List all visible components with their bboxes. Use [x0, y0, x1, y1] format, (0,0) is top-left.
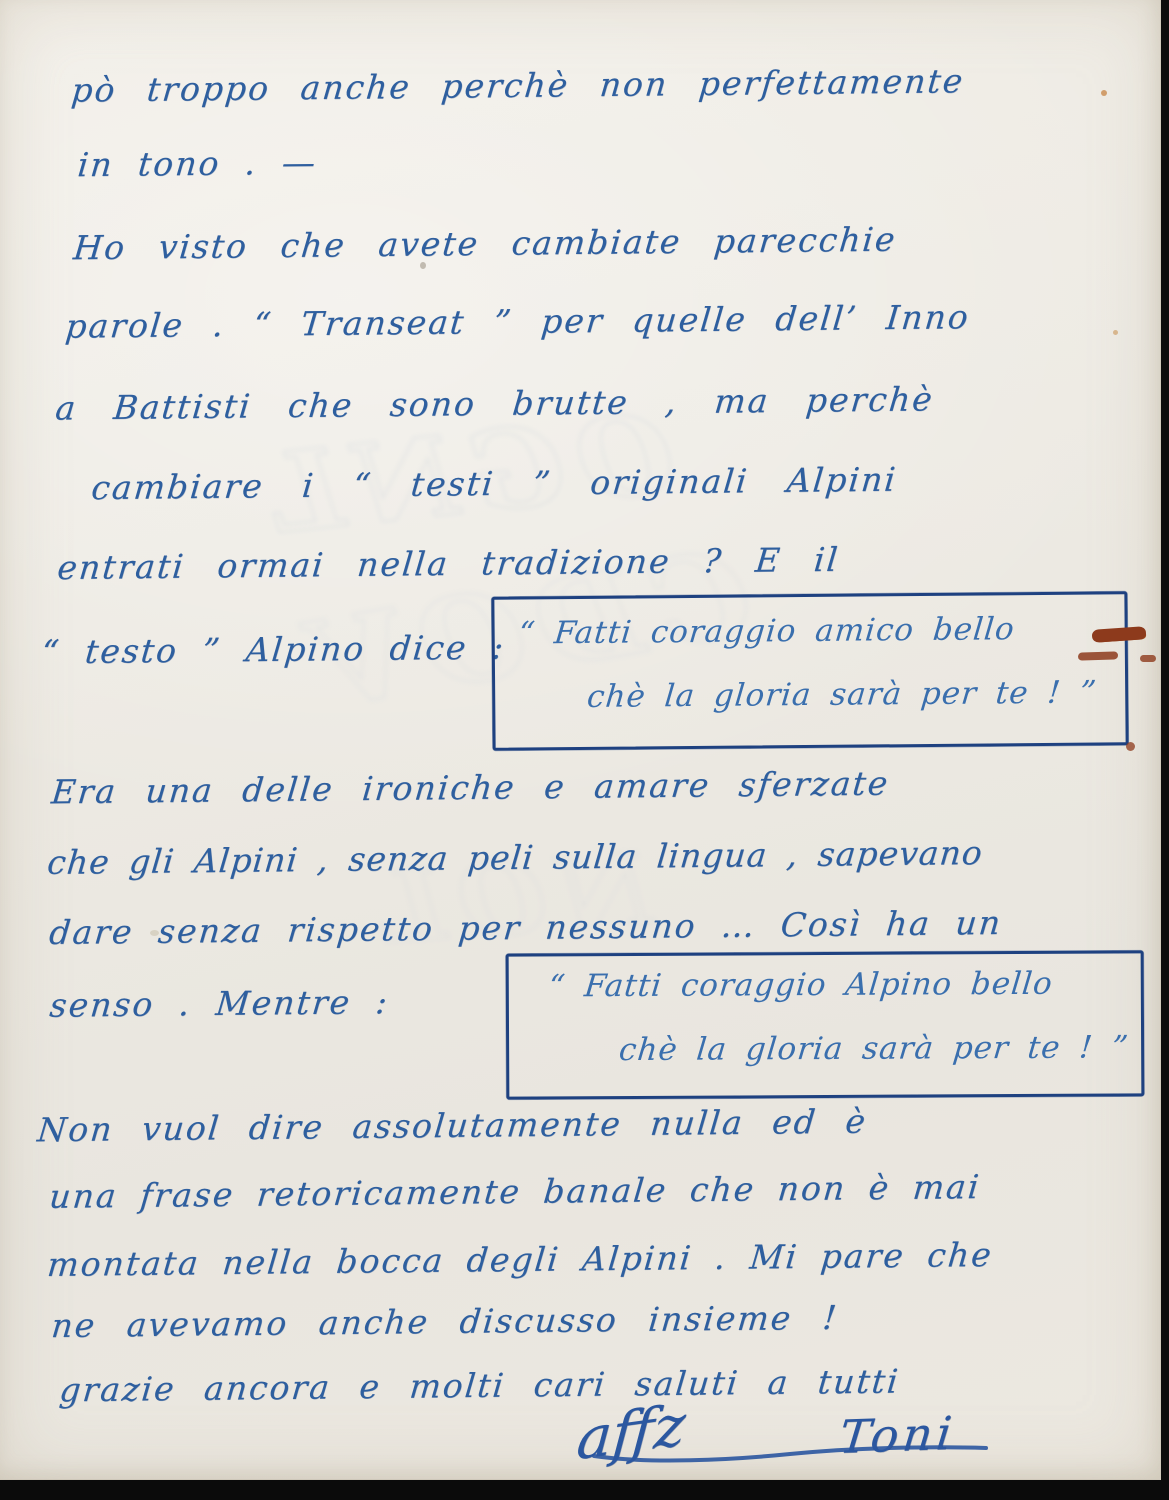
letter-line: senso . Mentre :: [48, 982, 391, 1025]
quote-line: “ Fatti coraggio Alpino bello: [547, 965, 1169, 1004]
letter-paper: OGNL CDOV NOL pò troppo anche perchè non…: [0, 0, 1161, 1480]
letter-line: grazie ancora e molti cari saluti a tutt…: [58, 1362, 902, 1410]
ink-smudge: [1126, 742, 1135, 751]
letter-line: Non vuol dire assolutamente nulla ed è: [36, 1102, 869, 1150]
letter-line: dare senza rispetto per nessuno … Così h…: [48, 903, 1004, 952]
scanned-letter-page: OGNL CDOV NOL pò troppo anche perchè non…: [0, 0, 1169, 1500]
letter-line: a Battisti che sono brutte , ma perchè: [54, 379, 936, 427]
letter-line: entrati ormai nella tradizione ? E il: [56, 540, 841, 587]
quote-box-amico-bello: “ Fatti coraggio amico bello chè la glor…: [491, 591, 1128, 751]
letter-line: parole . “ Transeat ” per quelle dell’ I…: [64, 297, 972, 345]
letter-line: “ testo ” Alpino dice :: [40, 628, 507, 672]
paper-speck: [1101, 90, 1107, 96]
paper-speck: [420, 262, 426, 269]
letter-line: che gli Alpini , senza peli sulla lingua…: [46, 833, 985, 882]
letter-line: ne avevamo anche discusso insieme !: [50, 1298, 840, 1345]
ink-smudge: [1140, 655, 1156, 662]
ink-smudge: [1078, 651, 1118, 660]
quote-line: “ Fatti coraggio amico bello: [517, 610, 1150, 652]
paper-speck: [1113, 330, 1118, 335]
letter-line: montata nella bocca degli Alpini . Mi pa…: [46, 1235, 995, 1284]
letter-line: pò troppo anche perchè non perfettamente: [70, 61, 967, 109]
letter-line: Era una delle ironiche e amare sferzate: [50, 764, 892, 812]
letter-line: Ho visto che avete cambiate parecchie: [72, 220, 899, 268]
quote-line: chè la gloria sarà per te ! ”: [585, 673, 1169, 715]
letter-line: cambiare i “ testi ” originali Alpini: [90, 460, 899, 507]
letter-line: una frase retoricamente banale che non è…: [48, 1167, 983, 1216]
paper-speck: [150, 930, 159, 936]
signature-name: Toni: [837, 1406, 958, 1464]
letter-line: in tono . —: [76, 143, 319, 185]
quote-box-alpino-bello: “ Fatti coraggio Alpino bello chè la glo…: [506, 950, 1145, 1099]
quote-line: chè la gloria sarà per te ! ”: [617, 1029, 1169, 1068]
